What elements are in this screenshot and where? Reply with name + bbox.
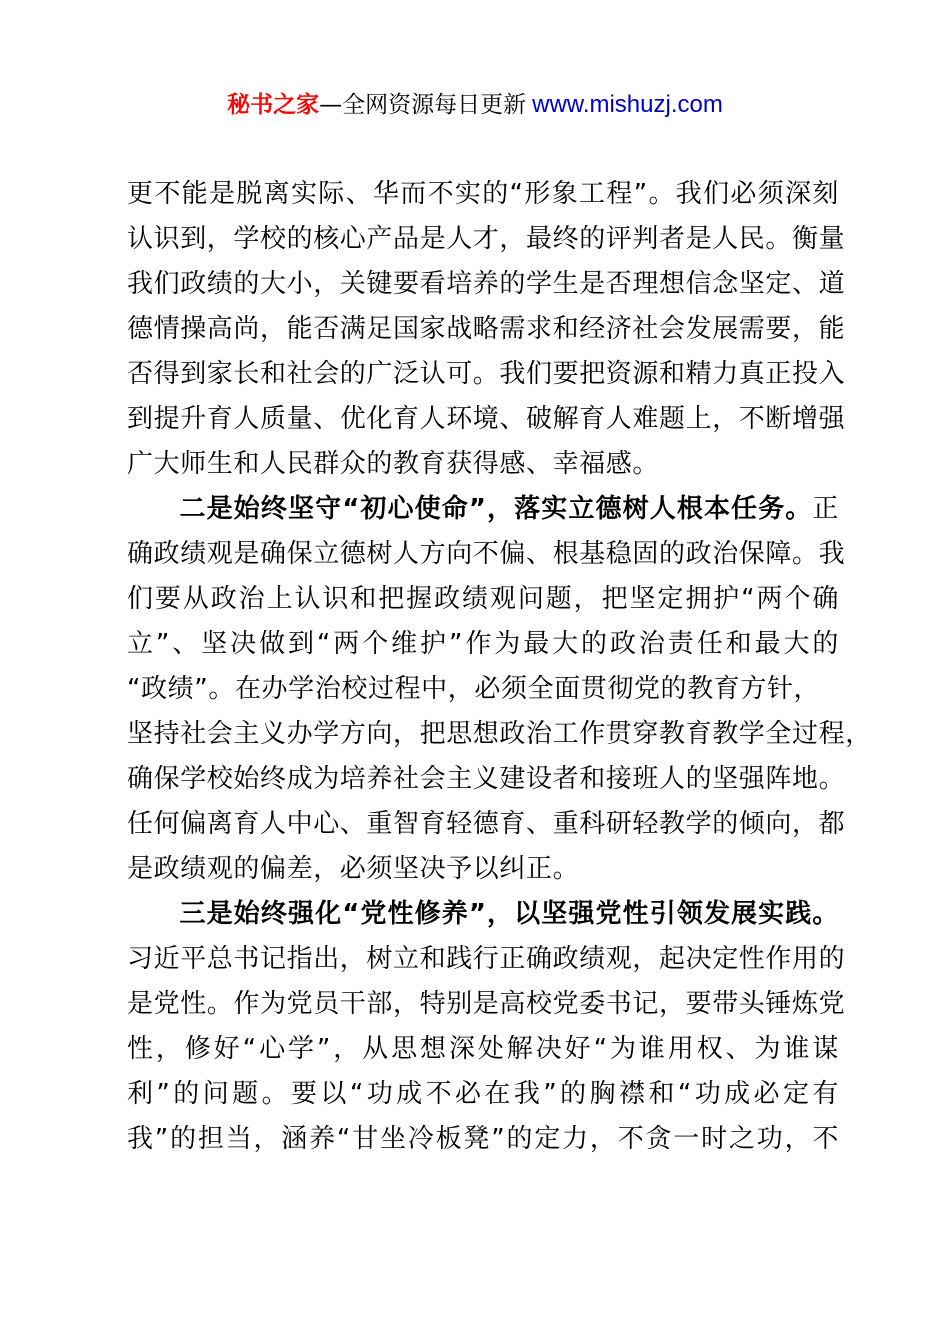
text-line: 确政绩观是确保立德树人方向不偏、根基稳固的政治保障。我 xyxy=(127,532,839,577)
text-line: 德情操高尚，能否满足国家战略需求和经济社会发展需要，能 xyxy=(127,307,839,352)
section-heading-line: 二是始终坚守“初心使命”，落实立德树人根本任务。正 xyxy=(127,487,839,532)
text-line: 坚持社会主义办学方向，把思想政治工作贯穿教育教学全过程， xyxy=(127,712,839,757)
document-body: 更不能是脱离实际、华而不实的“形象工程”。我们必须深刻 认识到，学校的核心产品是… xyxy=(127,172,839,1162)
text-line: 广大师生和人民群众的教育获得感、幸福感。 xyxy=(127,442,839,487)
text-line: 任何偏离育人中心、重智育轻德育、重科研轻教学的倾向，都 xyxy=(127,802,839,847)
text-line: 我”的担当，涵养“甘坐冷板凳”的定力，不贪一时之功，不 xyxy=(127,1117,839,1162)
site-url-link[interactable]: www.mishuzj.com xyxy=(532,91,723,118)
text-line: 立”、坚决做到“两个维护”作为最大的政治责任和最大的 xyxy=(127,622,839,667)
text-line: 利”的问题。要以“功成不必在我”的胸襟和“功成必定有 xyxy=(127,1072,839,1117)
text-line: “政绩”。在办学治校过程中，必须全面贯彻党的教育方针， xyxy=(127,667,839,712)
section-heading-line: 三是始终强化“党性修养”，以坚强党性引领发展实践。 xyxy=(127,892,839,937)
text-fragment: 正 xyxy=(812,494,839,524)
section-2-heading: 二是始终坚守“初心使命”，落实立德树人根本任务。 xyxy=(179,494,812,524)
text-line: 们要从政治上认识和把握政绩观问题，把坚定拥护“两个确 xyxy=(127,577,839,622)
text-line: 确保学校始终成为培养社会主义建设者和接班人的坚强阵地。 xyxy=(127,757,839,802)
text-line: 是党性。作为党员干部，特别是高校党委书记，要带头锤炼党 xyxy=(127,982,839,1027)
text-line: 是政绩观的偏差，必须坚决予以纠正。 xyxy=(127,847,839,892)
page-header: 秘书之家—全网资源每日更新www.mishuzj.com xyxy=(0,88,950,122)
text-line: 认识到，学校的核心产品是人才，最终的评判者是人民。衡量 xyxy=(127,217,839,262)
text-line: 我们政绩的大小，关键要看培养的学生是否理想信念坚定、道 xyxy=(127,262,839,307)
text-line: 性，修好“心学”，从思想深处解决好“为谁用权、为谁谋 xyxy=(127,1027,839,1072)
brand-name: 秘书之家 xyxy=(227,92,319,118)
header-tagline: —全网资源每日更新 xyxy=(319,92,526,118)
text-line: 更不能是脱离实际、华而不实的“形象工程”。我们必须深刻 xyxy=(127,172,839,217)
text-line: 到提升育人质量、优化育人环境、破解育人难题上，不断增强 xyxy=(127,397,839,442)
text-line: 习近平总书记指出，树立和践行正确政绩观，起决定性作用的 xyxy=(127,937,839,982)
text-line: 否得到家长和社会的广泛认可。我们要把资源和精力真正投入 xyxy=(127,352,839,397)
section-3-heading: 三是始终强化“党性修养”，以坚强党性引领发展实践。 xyxy=(179,899,839,929)
